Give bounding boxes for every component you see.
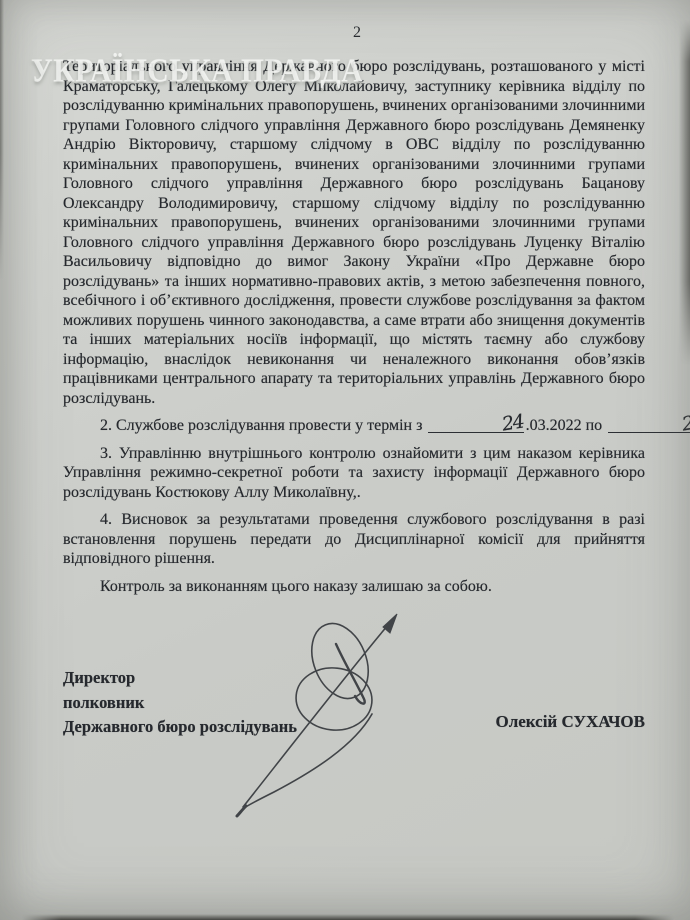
handwritten-start-day-field: 24 [428, 418, 523, 433]
handwritten-end-day-field: 23 [608, 418, 690, 433]
photo-edge-right [679, 20, 690, 365]
handwritten-start-day: 24 [465, 415, 524, 436]
handwritten-end-day: 23 [645, 415, 690, 436]
term-conjunction: по [586, 417, 603, 434]
document-body: Територіального управління Державного бю… [63, 57, 645, 604]
page-number: 2 [0, 24, 690, 42]
handwritten-signature [226, 604, 466, 819]
paragraph-term: 2. Службове розслідування провести у тер… [63, 416, 645, 436]
paragraph-control: Контроль за виконанням цього наказу зали… [63, 577, 645, 597]
photo-edge-left [0, 0, 4, 280]
paragraph-assignees: Територіального управління Державного бю… [63, 57, 645, 408]
paragraph-internal-control: 3. Управлінню внутрішнього контролю озна… [63, 444, 645, 503]
paragraph-conclusion: 4. Висновок за результатами проведення с… [63, 510, 645, 569]
scanned-document-page: УКРАЇНСЬКА ПРАВДА 2 Територіального упра… [0, 0, 690, 920]
term-prefix: 2. Службове розслідування провести у тер… [100, 417, 422, 434]
term-start-date: .03.2022 [526, 417, 582, 434]
signer-name: Олексій СУХАЧОВ [495, 712, 645, 732]
photo-edge-bottom [22, 914, 674, 920]
